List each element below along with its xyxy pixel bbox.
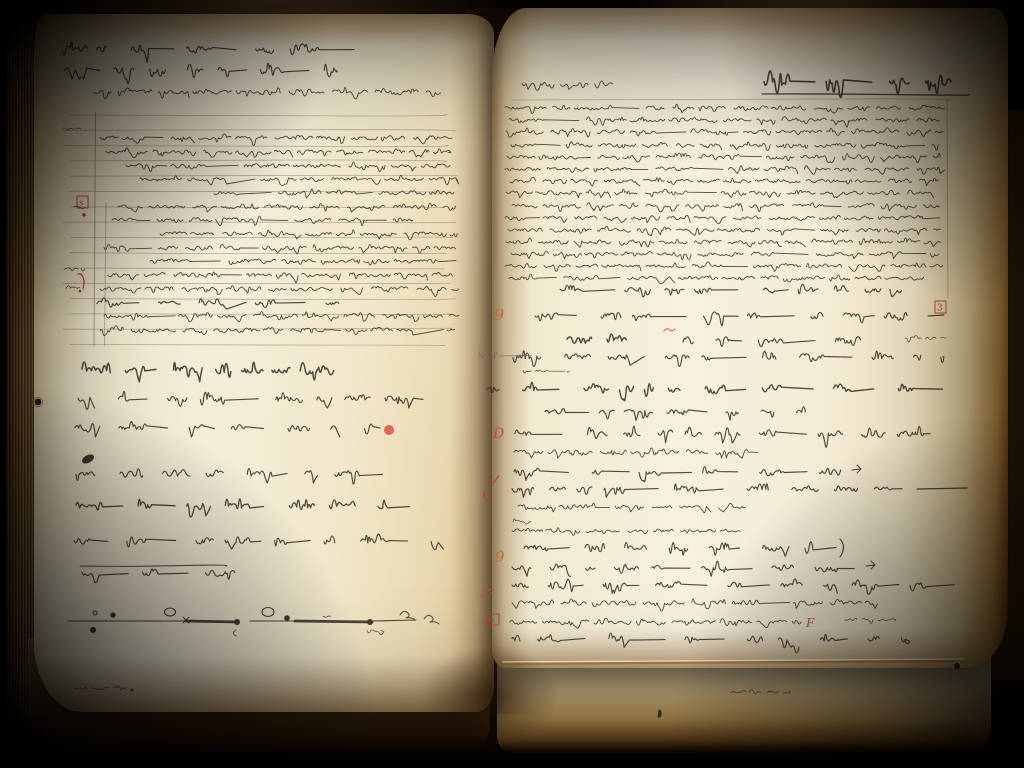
ruled-box-line	[70, 237, 452, 238]
footer-dot	[131, 689, 134, 692]
left-header-line	[94, 87, 441, 99]
right-page-ink: 93N.A.PD917aF	[478, 71, 969, 717]
ruled-box-line	[70, 253, 446, 254]
box-text-row	[150, 259, 456, 265]
closing-paren	[840, 539, 844, 557]
formula-row	[78, 391, 423, 409]
block-text-row	[507, 153, 940, 163]
block-text-row	[511, 251, 938, 259]
right-text-row	[512, 561, 854, 576]
red-margin-numeral: F	[805, 616, 815, 630]
number-line-oval	[262, 608, 274, 617]
number-line-segment	[295, 621, 372, 622]
number-line-dot	[367, 619, 373, 625]
right-text-row	[515, 426, 930, 447]
small-mark	[323, 616, 331, 617]
box-text-row	[214, 189, 454, 198]
tiny-ink-label: N.A.P	[478, 352, 498, 360]
ruled-box-line	[70, 268, 445, 269]
right-text-row	[523, 370, 570, 373]
tiny-dash	[499, 356, 531, 357]
formula-row	[76, 499, 409, 517]
left-section-heading	[82, 362, 334, 382]
block-text-row	[505, 166, 945, 175]
number-line-dot	[284, 615, 290, 621]
box-text-row	[100, 326, 455, 336]
small-mark	[234, 630, 237, 636]
block-centered-row	[560, 284, 902, 297]
ink-blot	[80, 453, 95, 466]
red-margin-numeral: 17	[480, 587, 494, 600]
red-margin-numeral: 9	[495, 548, 505, 566]
box-text-row	[104, 244, 456, 254]
box-text-row	[140, 175, 459, 185]
formula-row	[82, 569, 235, 582]
block-text-row	[509, 117, 939, 127]
block-text-row	[512, 203, 939, 212]
red-boxed-glyph: 3	[937, 304, 943, 314]
number-line-oval	[165, 608, 176, 616]
right-text-row	[683, 337, 861, 347]
formula-row	[74, 534, 443, 550]
block-text-row	[506, 189, 933, 198]
box-text-row	[160, 230, 457, 240]
right-text-row	[845, 618, 896, 623]
block-right-border	[947, 100, 948, 298]
block-text-row	[505, 215, 940, 223]
box-text-row	[100, 134, 452, 146]
right-text-row	[567, 334, 626, 343]
right-text-row	[545, 407, 805, 421]
left-page-ink: s	[34, 42, 459, 691]
red-small-dot	[82, 213, 85, 216]
top-left-rim-light	[30, 0, 610, 68]
right-text-row	[514, 467, 841, 482]
right-text-row	[524, 542, 836, 557]
box-text-row	[100, 286, 459, 297]
block-text-row	[510, 177, 938, 186]
margin-tick	[63, 128, 81, 130]
wormhole	[35, 399, 41, 405]
right-text-row	[512, 484, 967, 497]
right-text-row	[512, 579, 954, 594]
small-mark	[424, 615, 439, 624]
formula-row	[76, 469, 383, 485]
number-line-segment	[185, 621, 238, 622]
ruled-box-line	[70, 299, 456, 300]
block-text-row	[505, 262, 943, 272]
ruled-box-line	[70, 207, 444, 208]
formula-underline	[80, 565, 227, 566]
right-text-row	[487, 382, 943, 400]
number-line-dot	[110, 612, 115, 617]
left-footer-note	[75, 686, 127, 691]
manuscript-photo-scene: s 93N.A.PD917aF	[0, 0, 1024, 768]
right-footer-note	[731, 690, 791, 694]
red-dot	[384, 425, 394, 435]
red-flourish-mark	[484, 491, 490, 501]
formula-row	[75, 422, 380, 437]
arrow-mark	[866, 561, 875, 569]
ruled-box-line	[70, 114, 447, 116]
box-text-row	[106, 148, 451, 158]
right-text-row	[512, 599, 878, 611]
box-text-row	[104, 312, 459, 322]
ink-comma-blot	[658, 710, 661, 717]
right-text-row	[535, 312, 944, 326]
small-mark	[93, 611, 97, 615]
box-text-row	[126, 162, 450, 172]
red-squiggle	[664, 329, 675, 331]
ruled-box-margin-line	[105, 203, 107, 346]
red-margin-numeral: D	[492, 426, 504, 442]
ruled-box-line	[63, 130, 456, 131]
box-text-row	[108, 272, 452, 283]
ruled-box-margin-line	[94, 113, 96, 346]
right-text-row	[514, 448, 758, 458]
right-text-row	[512, 528, 740, 535]
red-boxed-glyph: a	[489, 616, 494, 625]
red-margin-numeral: 9	[494, 305, 504, 324]
red-boxed-glyph: s	[79, 199, 84, 209]
block-text-row	[509, 274, 924, 283]
number-line-dot	[90, 627, 96, 633]
ruled-box-line	[70, 160, 447, 162]
margin-tick	[66, 286, 80, 289]
box-text-row	[112, 216, 413, 226]
red-hook-mark	[78, 274, 84, 289]
right-corner-note	[522, 81, 613, 90]
block-text-row	[506, 238, 940, 247]
right-text-row	[513, 351, 944, 367]
small-mark	[367, 630, 384, 635]
right-text-row	[905, 336, 945, 342]
block-text-row	[511, 142, 938, 151]
ruled-box-line	[63, 145, 448, 147]
red-check-mark	[490, 476, 499, 483]
number-line-segment	[372, 620, 416, 621]
bottom-shadow	[0, 740, 1024, 768]
top-right-rim-light	[610, 0, 1024, 108]
red-hook-dot	[79, 290, 82, 293]
right-text-row	[510, 618, 801, 628]
ruled-box-line	[70, 175, 457, 176]
small-mark	[400, 611, 415, 620]
ruled-box-line	[70, 345, 445, 346]
number-line-dot	[234, 619, 240, 625]
block-text-row	[506, 128, 943, 137]
right-edge-glow	[954, 110, 1024, 680]
right-text-row	[518, 503, 746, 513]
right-text-row	[513, 519, 531, 524]
block-text-row	[508, 226, 940, 235]
arrow-mark	[852, 465, 861, 473]
